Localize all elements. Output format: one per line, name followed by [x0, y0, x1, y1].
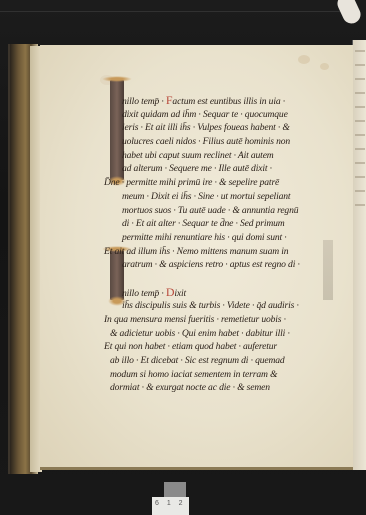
- text-line: permitte mihi renuntiare his · qui domi …: [110, 231, 330, 245]
- text-line: dormiat · & exurgat nocte ac die · & sem…: [110, 381, 330, 395]
- text-line: ieris · Et ait illi ih̄s · Vulpes foueas…: [110, 121, 330, 135]
- text-line: In qua mensura mensi fueritis · remetiet…: [104, 313, 330, 327]
- gray-calibration-card: [164, 482, 186, 497]
- text-line: nillo temp̄ · Factum est euntibus illis …: [110, 94, 330, 108]
- text-line: aratrum · & aspiciens retro · aptus est …: [110, 258, 330, 272]
- text-line: ad alterum · Sequere me · Ille autē dix…: [110, 162, 330, 176]
- text-line: nillo temp̄ · Dixit: [110, 286, 330, 300]
- text-line: Et qui non habet · etiam quod habet · au…: [104, 340, 330, 354]
- scale-ruler: 6 1 2: [152, 497, 189, 515]
- text-line: uolucres caeli nidos · Filius autē homi…: [110, 135, 330, 149]
- text-line: Et ait ad illum ih̄s · Nemo mittens manu…: [104, 245, 330, 259]
- cradle-edge: [0, 11, 340, 12]
- text-line: dixit quidam ad ih̄m · Sequar te · quocu…: [110, 108, 330, 122]
- text-line: habet ubi caput suum reclinet · Ait aute…: [110, 149, 330, 163]
- text-line: ih̄s discipulis suis & turbis · Videte ·…: [110, 299, 330, 313]
- text-line: mortuos suos · Tu autē uade · & annunti…: [110, 204, 330, 218]
- text-line: D̄ne · permitte mihi primū ire · & sepe…: [104, 176, 330, 190]
- text-line: modum si homo iaciat sementem in terram …: [110, 368, 330, 382]
- manuscript-text: nillo temp̄ · Factum est euntibus illis …: [110, 94, 330, 395]
- text-line: meum · Dixit ei ih̄s · Sine · ut mortui …: [110, 190, 330, 204]
- opposite-page-edge: [352, 40, 366, 470]
- ruler-label: 6 1 2: [155, 500, 186, 507]
- text-line: di · Et ait alter · Sequar te d̄ne · Sed…: [110, 217, 330, 231]
- text-line: & adicietur uobis · Qui enim habet · dab…: [110, 327, 330, 341]
- text-line: ab illo · Et dicebat · Sic est regnum di…: [110, 354, 330, 368]
